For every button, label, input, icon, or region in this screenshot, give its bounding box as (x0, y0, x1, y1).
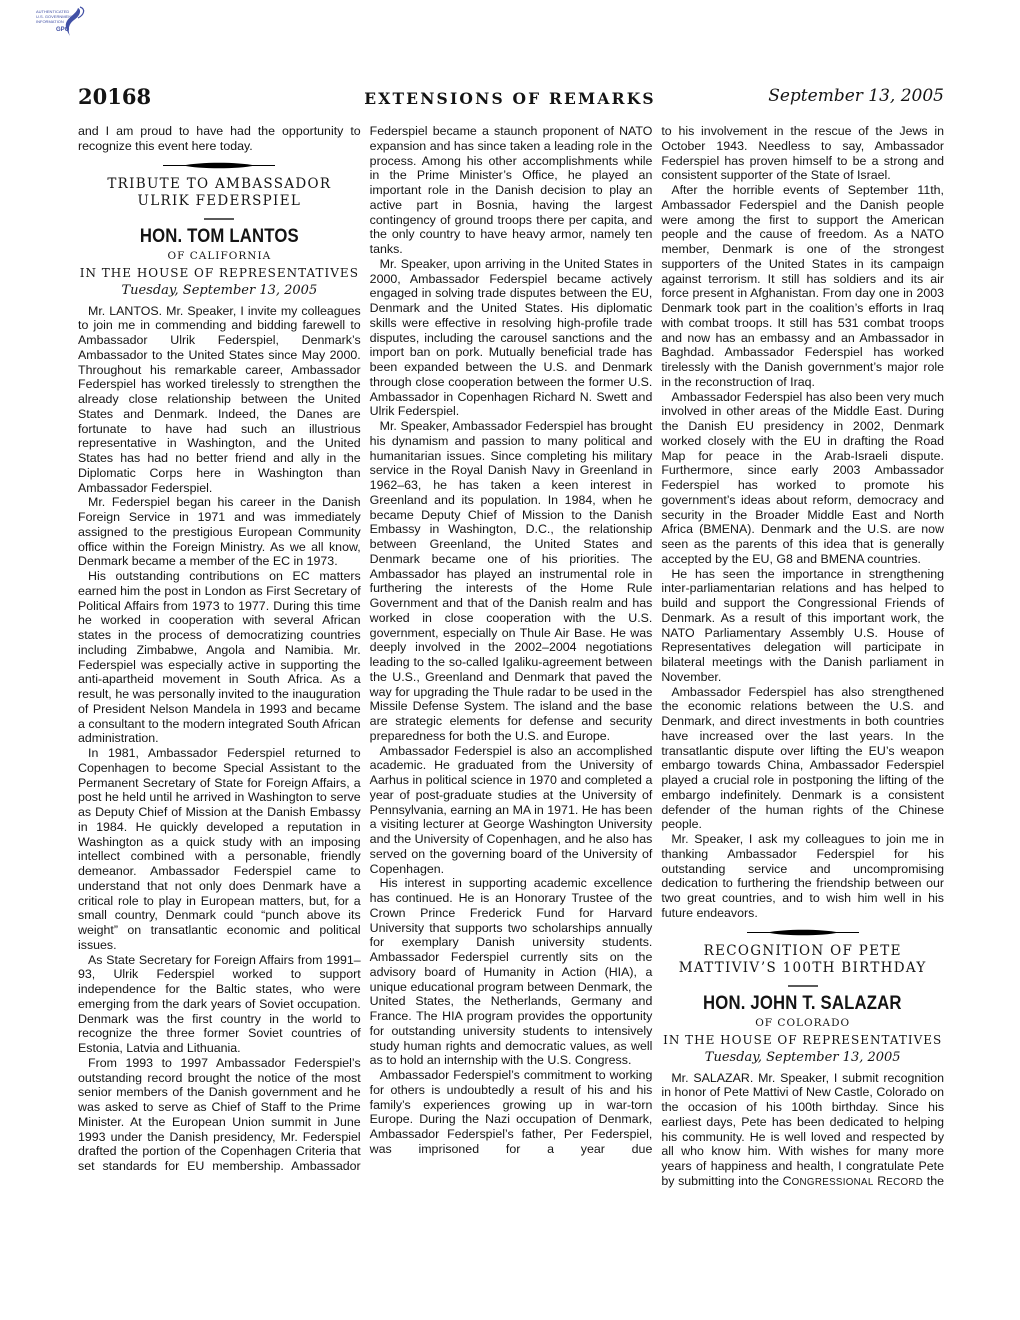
issue-date: September 13, 2005 (768, 86, 944, 106)
column-3: to his involvement in the rescue of the … (661, 124, 944, 1191)
body-paragraph-continuation: to his involvement in the rescue of the … (661, 124, 944, 183)
body-paragraph: Mr. LANTOS. Mr. Speaker, I invite my col… (78, 304, 361, 496)
session-date-heading: Tuesday, September 13, 2005 (661, 1050, 944, 1066)
text-columns: and I am proud to have had the opportuni… (78, 124, 944, 1191)
session-date-heading: Tuesday, September 13, 2005 (78, 283, 361, 299)
section-divider-flourish (78, 161, 361, 170)
member-name-heading: HON. TOM LANTOS (95, 226, 344, 248)
member-state-heading: OF CALIFORNIA (78, 250, 361, 263)
body-paragraph: After the horrible events of September 1… (661, 183, 944, 390)
article-title: TRIBUTE TO AMBASSADOR ULRIK FEDERSPIEL (88, 176, 351, 211)
column-2: Federspiel became a staunch proponent of… (370, 124, 653, 1157)
member-name-heading: HON. JOHN T. SALAZAR (678, 993, 927, 1015)
member-state-heading: OF COLORADO (661, 1017, 944, 1030)
chamber-heading: IN THE HOUSE OF REPRESENTATIVES (78, 266, 361, 281)
body-paragraph: Ambassador Federspiel has also been very… (661, 390, 944, 567)
body-paragraph: Ambassador Federspiel is also an accompl… (370, 744, 653, 877)
body-paragraph-continuation: Federspiel became a staunch proponent of… (370, 124, 653, 257)
body-paragraph: Mr. Speaker, I ask my colleagues to join… (661, 832, 944, 921)
body-paragraph: Mr. Speaker, upon arriving in the United… (370, 257, 653, 419)
body-paragraph-continuation: and I am proud to have had the opportuni… (78, 124, 361, 154)
column-1: and I am proud to have had the opportuni… (78, 124, 361, 1174)
gpo-eagle-icon: AUTHENTICATED U.S. GOVERNMENT INFORMATIO… (34, 6, 92, 42)
congressional-record-page: AUTHENTICATED U.S. GOVERNMENT INFORMATIO… (0, 0, 1020, 1320)
body-paragraph: Mr. SALAZAR. Mr. Speaker, I submit recog… (661, 1071, 944, 1191)
body-paragraph: His interest in supporting academic exce… (370, 876, 653, 1068)
section-divider-flourish (661, 928, 944, 937)
body-paragraph: From 1993 to 1997 Ambassador Federspiel’… (78, 1056, 361, 1174)
title-rule (204, 218, 234, 220)
gpo-logo-line3: INFORMATION (36, 19, 64, 24)
body-paragraph: In 1981, Ambassador Federspiel returned … (78, 746, 361, 953)
chamber-heading: IN THE HOUSE OF REPRESENTATIVES (661, 1033, 944, 1048)
body-paragraph: Mr. Federspiel began his career in the D… (78, 495, 361, 569)
body-paragraph: Mr. Speaker, Ambassador Federspiel has b… (370, 419, 653, 744)
body-paragraph: He has seen the importance in strengthen… (661, 567, 944, 685)
flourish-icon (747, 928, 859, 937)
title-rule (788, 985, 818, 987)
body-paragraph: His outstanding contributions on EC matt… (78, 569, 361, 746)
flourish-icon (163, 161, 275, 170)
body-paragraph: Ambassador Federspiel has also strengthe… (661, 685, 944, 833)
body-paragraph: As State Secretary for Foreign Affairs f… (78, 953, 361, 1056)
body-paragraph: Ambassador Federspiel’s commitment to wo… (370, 1068, 653, 1157)
article-title: RECOGNITION OF PETE MATTIVIV’S 100TH BIR… (671, 943, 934, 978)
gpo-authentication-logo: AUTHENTICATED U.S. GOVERNMENT INFORMATIO… (34, 6, 92, 42)
